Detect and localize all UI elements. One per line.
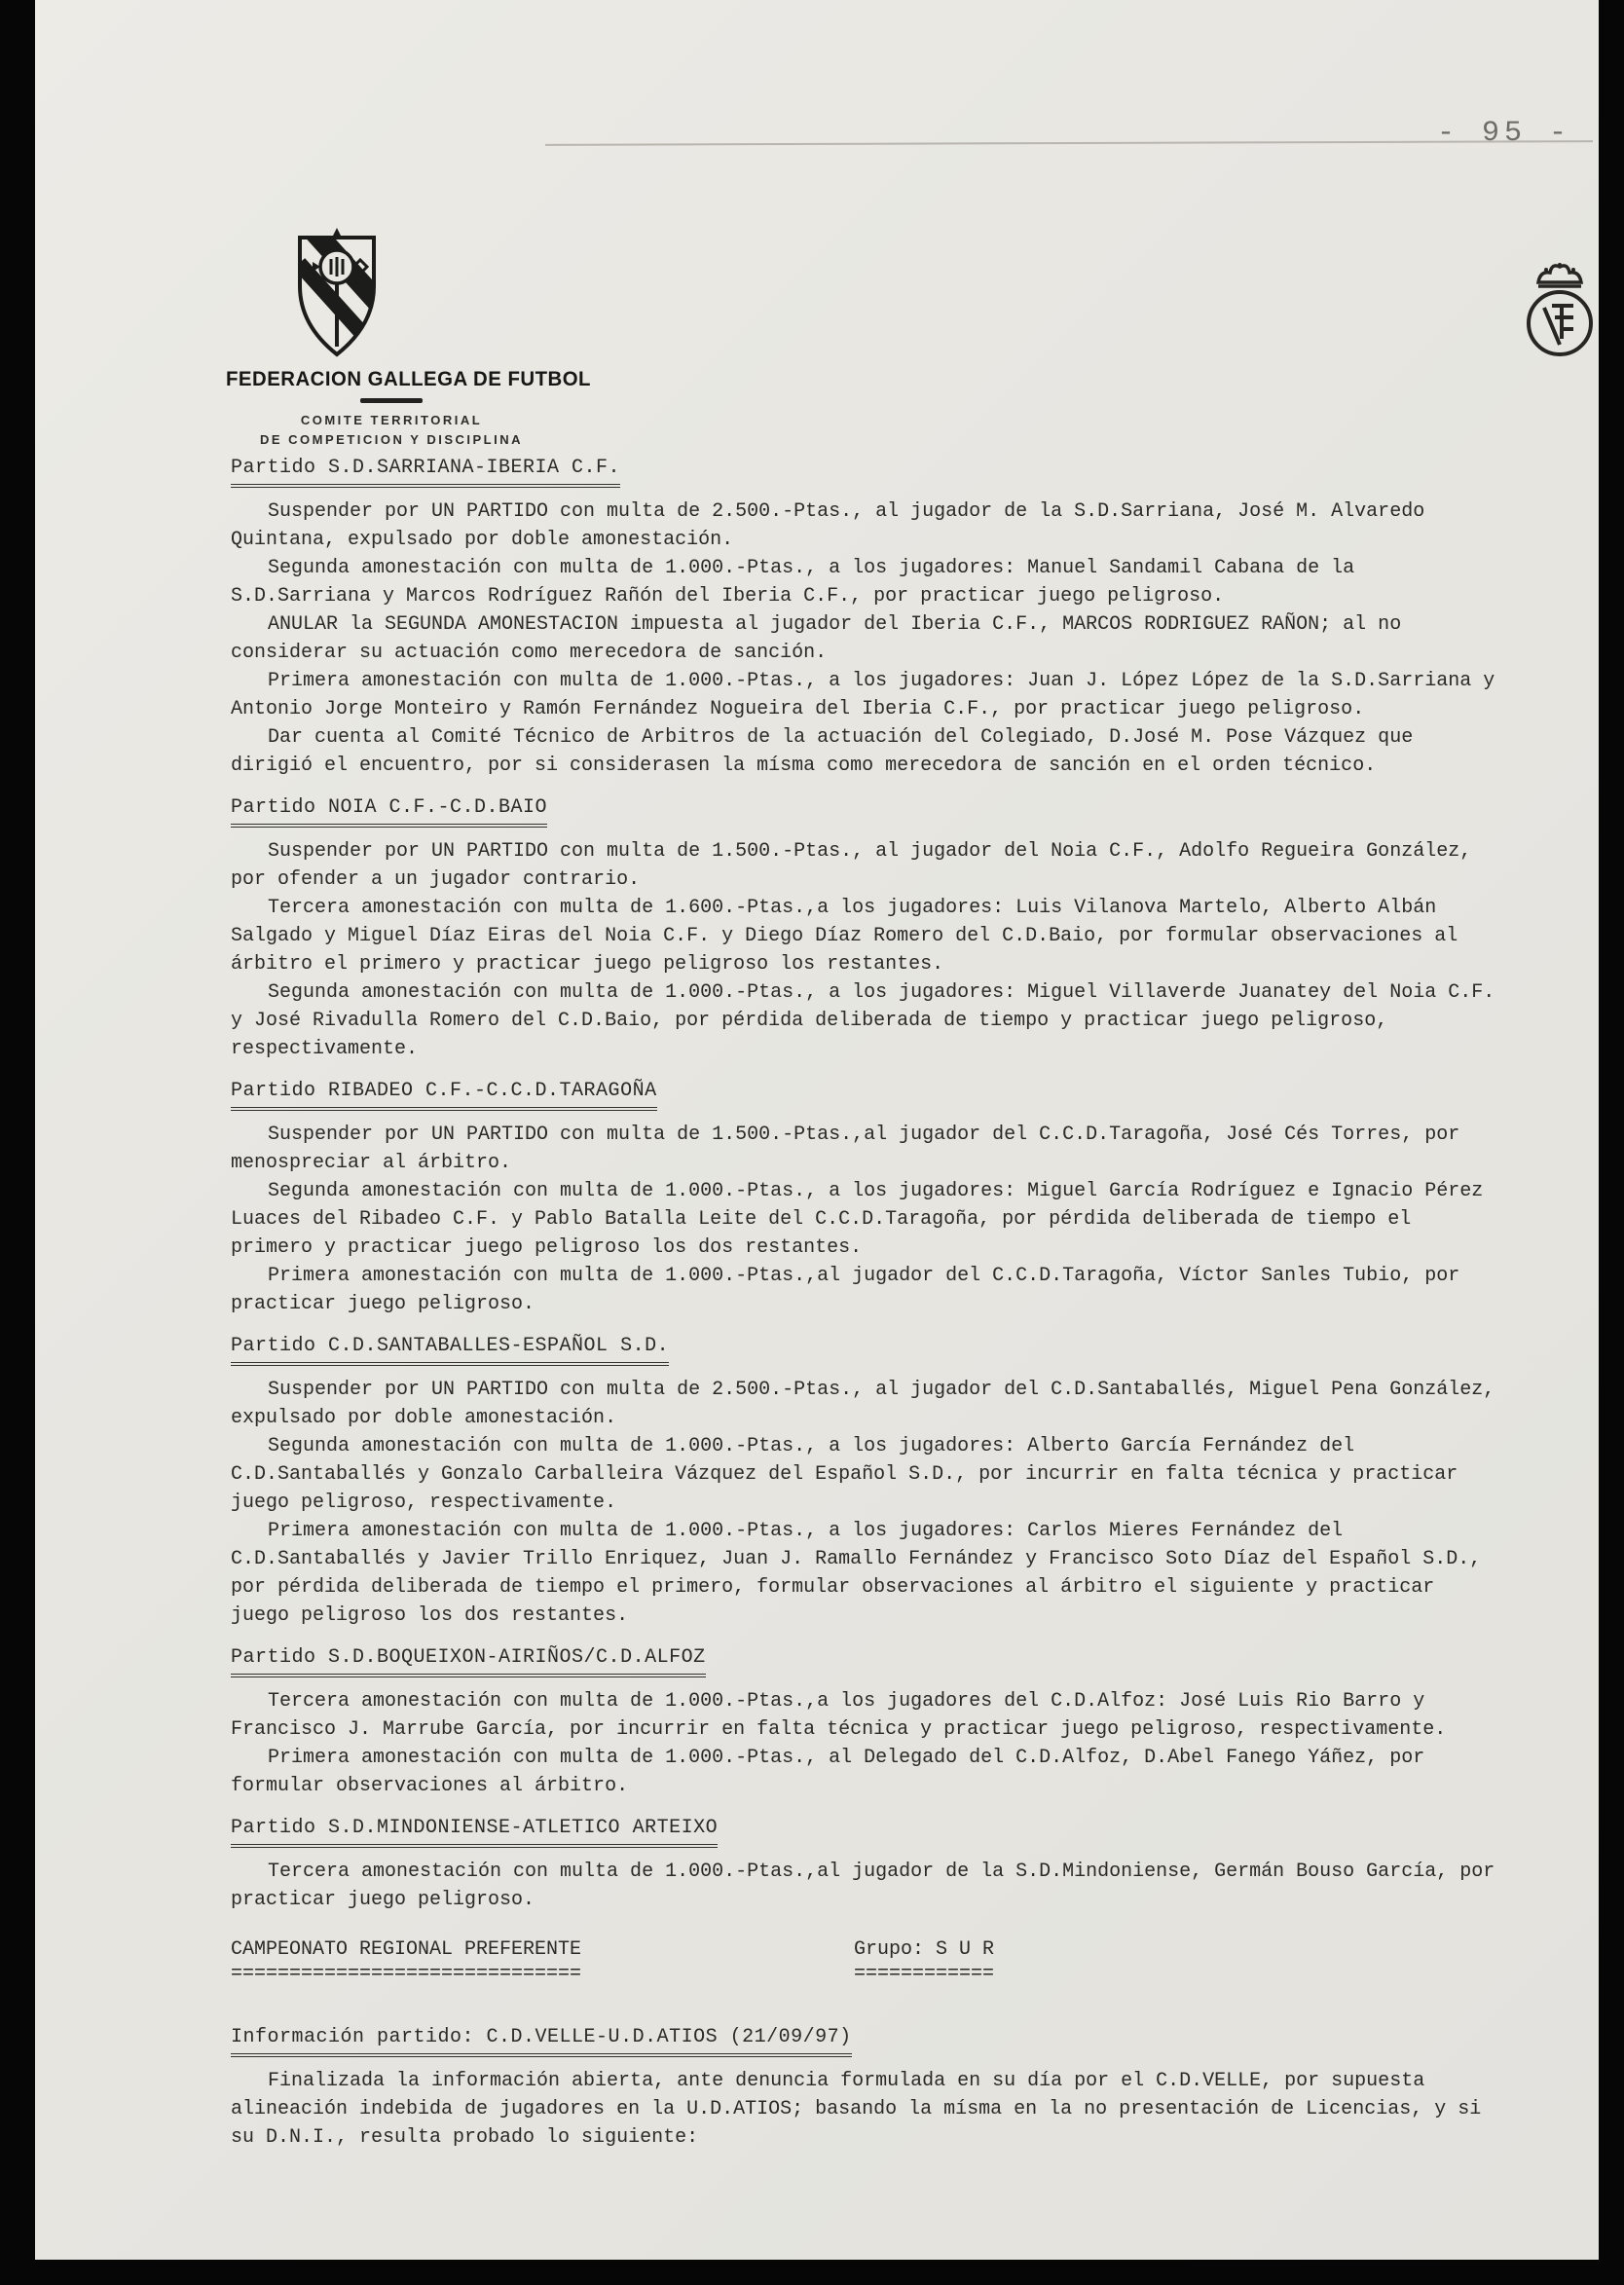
scan-border-bottom [0, 2260, 1624, 2285]
championship-title-block: CAMPEONATO REGIONAL PREFERENTE =========… [231, 1935, 581, 1985]
info-paragraph: Finalizada la información abierta, ante … [231, 2067, 1496, 2152]
championship-header: CAMPEONATO REGIONAL PREFERENTE =========… [231, 1935, 1496, 2000]
sanction-paragraph: Primera amonestación con multa de 1.000.… [231, 1744, 1496, 1800]
letterhead-divider [360, 398, 423, 403]
sanction-paragraph: ANULAR la SEGUNDA AMONESTACION impuesta … [231, 610, 1496, 667]
group-label: Grupo: S U R [854, 1935, 994, 1964]
paper-page: - 95 - FEDERACION GALLEGA DE FUTB [35, 0, 1599, 2260]
sanction-paragraph: Primera amonestación con multa de 1.000.… [231, 1262, 1496, 1318]
match-info-section-velle-atios: Información partido: C.D.VELLE-U.D.ATIOS… [231, 2009, 1496, 2152]
sanction-paragraph: Tercera amonestación con multa de 1.600.… [231, 894, 1496, 978]
scanned-document: - 95 - FEDERACION GALLEGA DE FUTB [0, 0, 1624, 2285]
sanction-paragraph: Suspender por UN PARTIDO con multa de 1.… [231, 837, 1496, 894]
sanction-paragraph: Suspender por UN PARTIDO con multa de 2.… [231, 1376, 1496, 1432]
section-title: Partido RIBADEO C.F.-C.C.D.TARAGOÑA [231, 1077, 657, 1111]
group-label-block: Grupo: S U R ============ [854, 1935, 994, 1985]
sanction-paragraph: Primera amonestación con multa de 1.000.… [231, 667, 1496, 723]
sanction-paragraph: Dar cuenta al Comité Técnico de Arbitros… [231, 723, 1496, 780]
championship-title-rule: ============================== [231, 1964, 581, 1985]
document-body: Partido S.D.SARRIANA-IBERIA C.F. Suspend… [231, 440, 1496, 2152]
scan-border-left [0, 0, 35, 2285]
sanction-paragraph: Segunda amonestación con multa de 1.000.… [231, 1432, 1496, 1517]
sanction-paragraph: Segunda amonestación con multa de 1.000.… [231, 978, 1496, 1063]
section-title: Partido NOIA C.F.-C.D.BAIO [231, 793, 547, 828]
sanction-paragraph: Suspender por UN PARTIDO con multa de 1.… [231, 1121, 1496, 1177]
sanction-paragraph: Tercera amonestación con multa de 1.000.… [231, 1687, 1496, 1744]
match-section-boqueixon-alfoz: Partido S.D.BOQUEIXON-AIRIÑOS/C.D.ALFOZ … [231, 1630, 1496, 1800]
section-title: Partido C.D.SANTABALLES-ESPAÑOL S.D. [231, 1332, 669, 1366]
match-section-mindoniense-arteixo: Partido S.D.MINDONIENSE-ATLETICO ARTEIXO… [231, 1800, 1496, 1914]
royal-crowned-emblem-icon [1523, 261, 1597, 362]
section-title: Partido S.D.BOQUEIXON-AIRIÑOS/C.D.ALFOZ [231, 1643, 706, 1677]
match-section-noia-baio: Partido NOIA C.F.-C.D.BAIO Suspender por… [231, 780, 1496, 1063]
sanction-paragraph: Segunda amonestación con multa de 1.000.… [231, 1177, 1496, 1262]
scan-fold-line [545, 140, 1593, 146]
sanction-paragraph: Primera amonestación con multa de 1.000.… [231, 1517, 1496, 1630]
match-section-santaballes-espanol: Partido C.D.SANTABALLES-ESPAÑOL S.D. Sus… [231, 1318, 1496, 1630]
group-label-rule: ============ [854, 1964, 994, 1985]
scan-border-right [1599, 0, 1624, 2285]
match-section-sarriana-iberia: Partido S.D.SARRIANA-IBERIA C.F. Suspend… [231, 440, 1496, 780]
match-section-ribadeo-taragona: Partido RIBADEO C.F.-C.C.D.TARAGOÑA Susp… [231, 1063, 1496, 1318]
org-title: FEDERACION GALLEGA DE FUTBOL [226, 368, 547, 391]
section-title: Partido S.D.SARRIANA-IBERIA C.F. [231, 454, 620, 488]
sanction-paragraph: Segunda amonestación con multa de 1.000.… [231, 554, 1496, 610]
info-section-title: Información partido: C.D.VELLE-U.D.ATIOS… [231, 2023, 852, 2057]
sanction-paragraph: Suspender por UN PARTIDO con multa de 2.… [231, 498, 1496, 554]
letterhead: FEDERACION GALLEGA DE FUTBOL COMITE TERR… [226, 368, 557, 450]
page-number: - 95 - [1437, 117, 1571, 150]
federation-shield-crest-icon [290, 226, 384, 362]
sanction-paragraph: Tercera amonestación con multa de 1.000.… [231, 1858, 1496, 1914]
section-title: Partido S.D.MINDONIENSE-ATLETICO ARTEIXO [231, 1814, 718, 1848]
committee-line-1: COMITE TERRITORIAL [226, 411, 557, 430]
championship-title: CAMPEONATO REGIONAL PREFERENTE [231, 1935, 581, 1964]
